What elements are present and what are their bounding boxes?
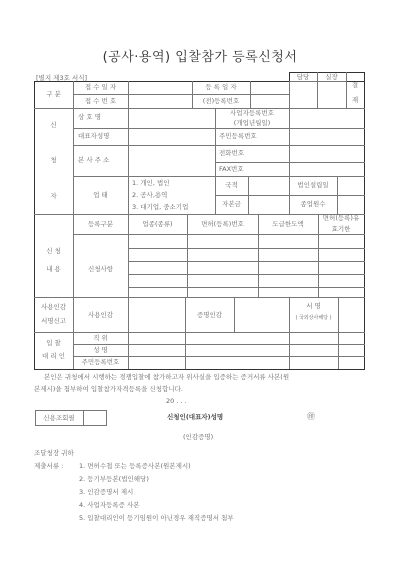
business-option-1: 1. 개인, 법인 [132, 180, 170, 187]
divider [185, 297, 186, 369]
date-line: 20 . . . [166, 398, 187, 405]
seal-cert-note: (인감증명) [183, 434, 213, 441]
approval-staff-sign-field[interactable] [289, 81, 317, 108]
biz-reg-no-sub-label: (개업년월일) [215, 120, 289, 127]
incorporation-date-label: 법인설립일 [289, 182, 337, 189]
receipt-date-label: 접 수 일 자 [73, 84, 128, 91]
signature-field[interactable] [339, 298, 364, 331]
trade-name-field[interactable] [129, 109, 214, 127]
col-license-no: 면허(등록)번호 [187, 221, 258, 228]
divider [73, 344, 365, 345]
applicant-label-1: 신 [34, 122, 73, 129]
phone-label: 전화번호 [219, 150, 244, 157]
biz-reg-no-label: 사업자등록번호 [215, 110, 289, 117]
nationality-label: 국적 [215, 182, 248, 189]
head-office-field[interactable] [129, 146, 214, 175]
agent-position-label: 직 위 [73, 335, 128, 342]
credit-rating-field[interactable] [84, 411, 105, 424]
request-label-bottom: 내 용 [34, 266, 73, 273]
statement-line-1: 본인은 귀청에서 시행하는 경쟁입찰에 참가하고자 위사실을 입증하는 증거서류… [44, 374, 289, 381]
attachment-4: 4. 사업자등록증 사본 [79, 502, 140, 509]
col-industry: 업종(종류) [128, 221, 187, 228]
prev-reg-no-field[interactable] [251, 95, 288, 107]
attachment-2: 2. 등기부등본(법인해당) [79, 476, 149, 483]
seal-label-bottom: 서명신고 [34, 318, 73, 325]
approval-chief-sign-field[interactable] [317, 81, 346, 108]
page-title: (공사·용역) 입찰참가 등록신청서 [0, 46, 400, 65]
biz-reg-no-field[interactable] [290, 109, 364, 127]
prev-reg-no-label: (전)등록번호 [192, 98, 250, 105]
reg-date-label: 등 록 일 자 [192, 84, 250, 91]
applicant-label-3: 자 [34, 193, 73, 200]
gubun-label: 구 분 [34, 91, 73, 98]
seal-label-top: 사용인감 [34, 304, 73, 311]
receipt-no-field[interactable] [129, 95, 191, 107]
table-border-bottom [34, 369, 365, 370]
approval-label-bottom: 재 [346, 97, 364, 104]
approval-chief-label: 실장 [317, 74, 346, 81]
request-items-label: 신청사항 [73, 266, 128, 273]
seal-mark-icon: ㊞ [307, 413, 315, 421]
business-option-3: 3. 대기업, 중소기업 [132, 204, 188, 211]
attachment-3: 3. 인감증명서 제시 [79, 489, 133, 496]
head-office-label: 본 사 주 소 [78, 157, 109, 164]
fax-field[interactable] [290, 163, 364, 175]
signature-sub-label: ( 국외상사해당 ) [289, 316, 338, 321]
request-label-top: 신 청 [34, 248, 73, 255]
divider [73, 176, 365, 177]
cert-seal-field[interactable] [235, 298, 288, 331]
reg-category-label: 등록구분 [73, 221, 128, 228]
phone-field[interactable] [290, 146, 364, 161]
agent-position-field[interactable] [129, 333, 184, 343]
trade-name-label: 상 호 명 [78, 114, 101, 121]
business-type-label: 업 태 [73, 192, 128, 199]
cert-seal-label: 증명인감 [185, 312, 234, 319]
col-contract-limit: 도급한도액 [258, 221, 318, 228]
business-option-2: 2. 공사,용역 [132, 192, 167, 199]
agent-resident-no-label: 주민등록번호 [73, 359, 128, 366]
rep-name-field[interactable] [129, 129, 214, 144]
agent-resident-no-field[interactable] [129, 357, 184, 368]
rep-name-label: 대표자성명 [78, 133, 109, 140]
agent-label-bottom: 대 리 인 [34, 353, 73, 360]
divider [73, 356, 365, 357]
applicant-sign-label: 신청인(대표자)성명 [167, 414, 223, 421]
attachment-1: 1. 면허수첩 또는 등록증사본(원본제시) [79, 463, 191, 470]
capital-label: 자본금 [215, 201, 248, 208]
used-seal-label: 사용인감 [73, 312, 128, 319]
reg-date-field[interactable] [251, 82, 288, 93]
incorporation-date-field[interactable] [338, 177, 364, 194]
divider [34, 297, 365, 298]
col-validity-bottom: 효기한 [318, 226, 364, 233]
resident-no-field[interactable] [290, 129, 364, 144]
divider [34, 214, 365, 215]
agent-name-label: 성 명 [73, 347, 128, 354]
credit-rating-label: 신용조회필 [35, 415, 83, 422]
attachments-label: 제출서류 : [34, 463, 63, 470]
employees-field[interactable] [338, 196, 364, 213]
receipt-no-label: 접 수 번 호 [73, 98, 128, 105]
divider [34, 332, 365, 333]
applicant-label-2: 청 [34, 157, 73, 164]
nationality-field[interactable] [249, 177, 288, 194]
capital-field[interactable] [249, 196, 288, 213]
resident-no-label: 주민등록번호 [219, 133, 257, 140]
agent-name-field[interactable] [129, 345, 184, 355]
statement-line-2: 본제시)을 첨부하여 입찰참가자격등록을 신청합니다. [34, 386, 183, 393]
table-border-right [364, 72, 365, 370]
agent-label-top: 입 찰 [34, 340, 73, 347]
employees-label: 종업원수 [289, 201, 337, 208]
used-seal-field[interactable] [129, 298, 184, 331]
request-rows-area[interactable] [129, 235, 364, 296]
col-validity-top: 면허(등록)유 [318, 215, 364, 222]
fax-label: FAX번호 [219, 166, 244, 173]
signature-label: 서 명 [289, 303, 338, 310]
approval-label-top: 결 [346, 82, 364, 89]
addressee: 조달청장 귀하 [34, 450, 74, 457]
approval-staff-label: 담당 [289, 74, 317, 81]
receipt-date-field[interactable] [129, 82, 191, 93]
attachment-5: 5. 입찰대리인이 등기임원이 아닌경우 재직증명서 첨부 [79, 515, 234, 522]
